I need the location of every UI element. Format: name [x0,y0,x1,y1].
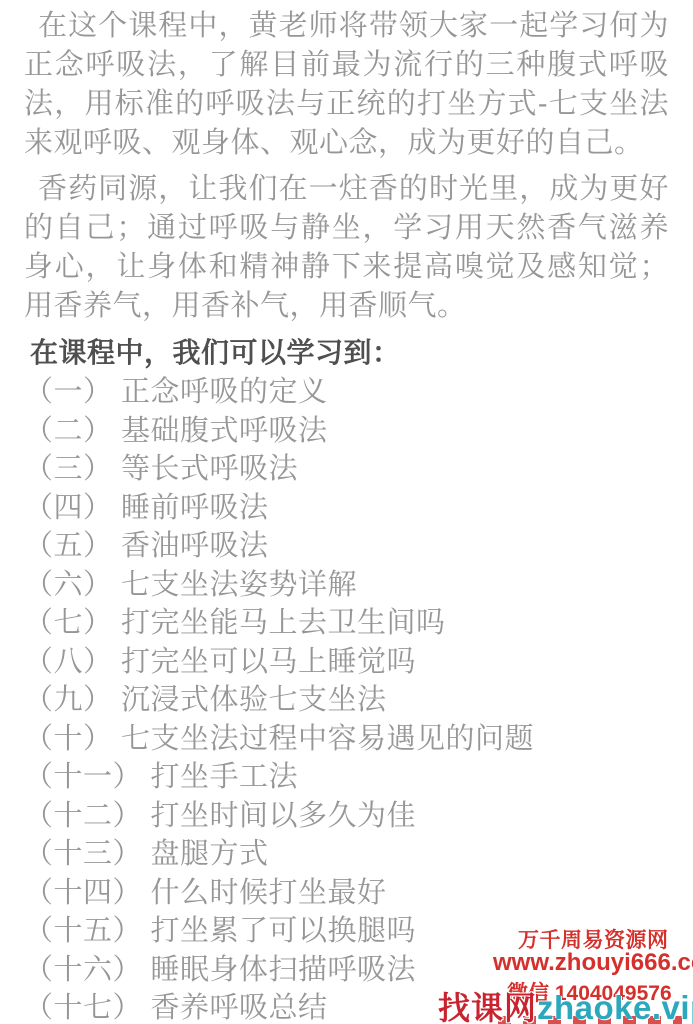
list-item: （二） 基础腹式呼吸法 [24,412,669,451]
list-item: （十三） 盘腿方式 [24,835,669,874]
watermark-overlay-domain: zhaoke.vip [537,989,693,1024]
list-item: （十一） 打坐手工法 [24,758,669,797]
list-item: （四） 睡前呼吸法 [24,489,669,528]
course-description-page: 在这个课程中，黄老师将带领大家一起学习何为正念呼吸法，了解目前最为流行的三种腹式… [0,0,693,1024]
course-description-content: 在这个课程中，黄老师将带领大家一起学习何为正念呼吸法，了解目前最为流行的三种腹式… [0,0,693,1024]
watermark-overlay-site-name: 找课网 [438,990,537,1024]
list-item: （三） 等长式呼吸法 [24,450,669,489]
list-item: （十二） 打坐时间以多久为佳 [24,797,669,836]
intro-paragraph-2: 香药同源，让我们在一炷香的时光里，成为更好的自己；通过呼吸与静坐，学习用天然香气… [24,170,669,326]
list-item: （八） 打完坐可以马上睡觉吗 [24,643,669,682]
list-item: （九） 沉浸式体验七支坐法 [24,681,669,720]
list-item: （十四） 什么时候打坐最好 [24,874,669,913]
course-list-heading: 在课程中，我们可以学习到： [24,333,669,373]
watermark-site-url: www.zhouyi666.com [493,949,693,977]
list-item: （五） 香油呼吸法 [24,527,669,566]
list-item: （一） 正念呼吸的定义 [24,373,669,412]
intro-paragraph-1: 在这个课程中，黄老师将带领大家一起学习何为正念呼吸法，了解目前最为流行的三种腹式… [24,7,669,163]
list-item: （六） 七支坐法姿势详解 [24,566,669,605]
list-item: （七） 打完坐能马上去卫生间吗 [24,604,669,643]
watermark-overlay: 找课网zhaoke.vip [438,983,693,1024]
list-item: （十） 七支坐法过程中容易遇见的问题 [24,720,669,759]
